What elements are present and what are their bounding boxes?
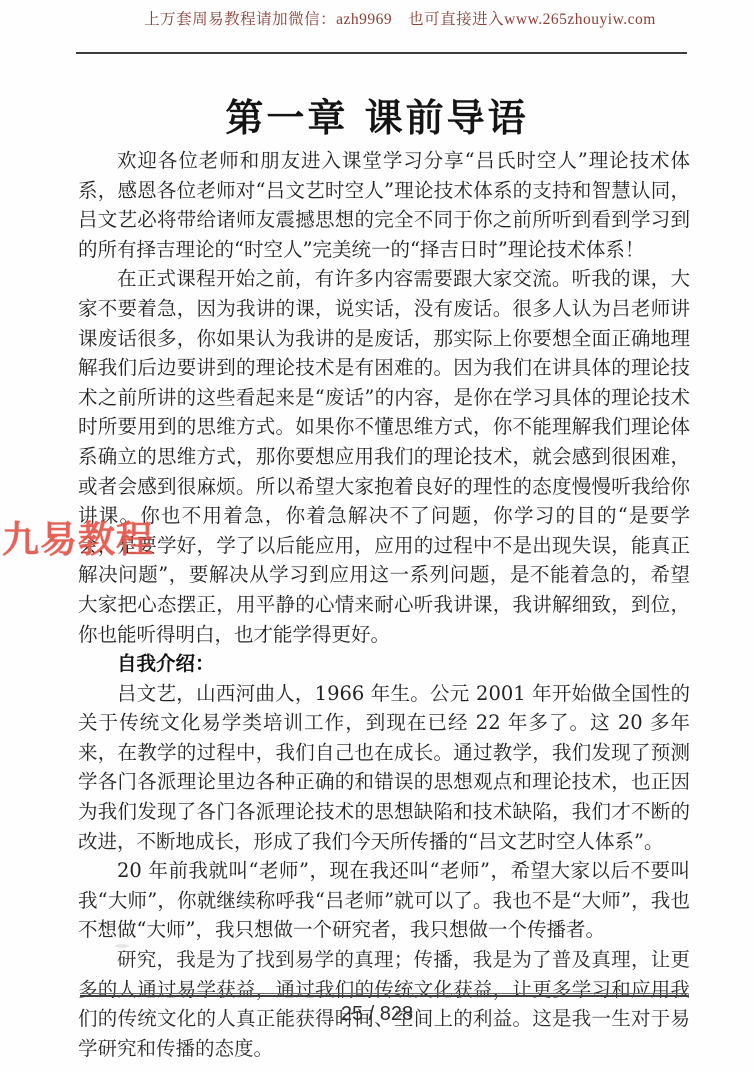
header-divider-line [76,52,687,54]
scanned-document-page: 上万套周易教程请加微信：azh9969 也可直接进入www.265zhouyiw… [0,0,754,1071]
page-number: 25 / 828 [0,1003,754,1026]
paragraph-welcome: 欢迎各位老师和朋友进入课堂学习分享“吕氏时空人”理论技术体系，感恩各位老师对“吕… [78,146,690,264]
paragraph-before-course: 在正式课程开始之前，有许多内容需要跟大家交流。听我的课，大家不要着急，因为我讲的… [78,264,690,649]
footer-divider-line [80,993,688,997]
promo-header-text: 上万套周易教程请加微信：azh9969 也可直接进入www.265zhouyiw… [0,7,754,29]
scan-artifact [115,944,129,948]
chapter-title: 第一章 课前导语 [0,87,754,142]
document-body: 欢迎各位老师和朋友进入课堂学习分享“吕氏时空人”理论技术体系，感恩各位老师对“吕… [78,146,690,1063]
self-intro-heading: 自我介绍： [78,649,690,679]
paragraph-biography: 吕文艺，山西河曲人，1966 年生。公元 2001 年开始做全国性的关于传统文化… [78,679,690,857]
paragraph-teacher-title: 20 年前我就叫“老师”，现在我还叫“老师”，希望大家以后不要叫我“大师”，你就… [78,856,690,945]
